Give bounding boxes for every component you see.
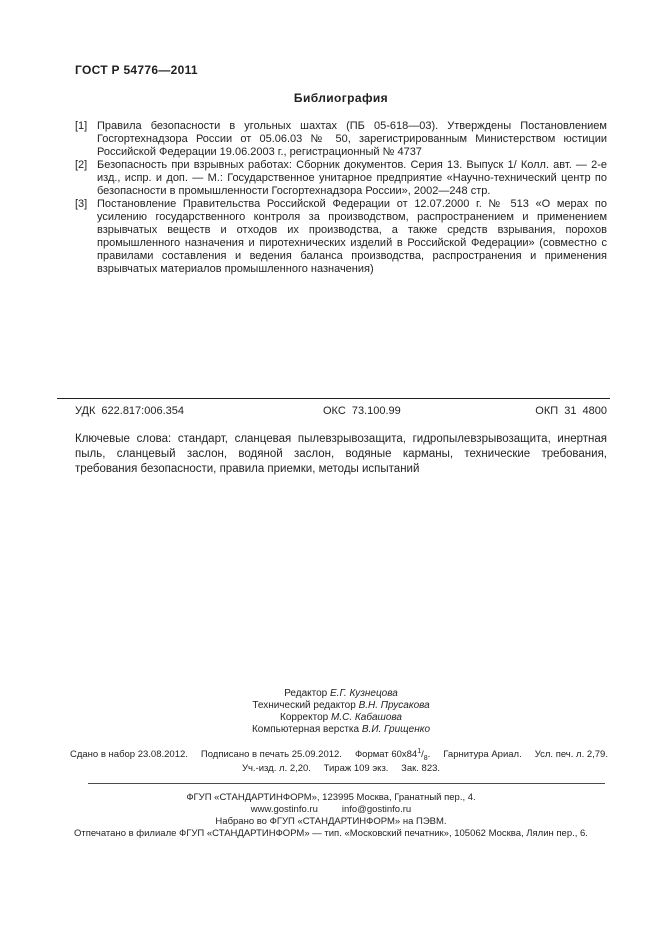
circulation-info: Тираж 109 экз.: [324, 763, 389, 774]
printed-note: Отпечатано в филиале ФГУП «СТАНДАРТИНФОР…: [65, 828, 597, 840]
keywords-paragraph: Ключевые слова: стандарт, сланцевая пыле…: [75, 432, 607, 477]
print-info-line-1: Сдано в набор 23.08.2012. Подписано в пе…: [70, 749, 608, 760]
set-date: Сдано в набор 23.08.2012.: [70, 749, 188, 760]
okp-code: ОКП 31 4800: [535, 405, 607, 417]
staff-name: М.С. Кабашова: [331, 712, 402, 723]
oks-code: ОКС 73.100.99: [323, 405, 401, 417]
section-title: Библиография: [75, 91, 607, 105]
cond-sheets-info: Усл. печ. л. 2,79.: [535, 749, 608, 760]
entry-text: Правила безопасности в угольных шахтах (…: [97, 120, 607, 159]
document-page: ГОСТ Р 54776—2011 Библиография [1] Прави…: [0, 0, 661, 936]
publisher-block: ФГУП «СТАНДАРТИНФОРМ», 123995 Москва, Гр…: [65, 792, 597, 840]
colophon-staff: Редактор Е.Г. Кузнецова Технический реда…: [75, 688, 607, 736]
doc-code: ГОСТ Р 54776—2011: [75, 63, 198, 77]
entry-text: Безопасность при взрывных работах: Сборн…: [97, 159, 607, 198]
pub-sheets-info: Уч.-изд. л. 2,20.: [242, 763, 311, 774]
typeface-info: Гарнитура Ариал.: [443, 749, 521, 760]
top-divider-line: [57, 398, 610, 399]
entry-number: [2]: [75, 159, 97, 198]
entry-number: [1]: [75, 120, 97, 159]
publisher-website: www.gostinfo.ru: [251, 804, 318, 815]
entry-number: [3]: [75, 198, 97, 276]
order-info: Зак. 823.: [401, 763, 440, 774]
staff-line-layout: Компьютерная верстка В.И. Грищенко: [75, 724, 607, 736]
publisher-email: info@gostinfo.ru: [342, 804, 411, 815]
bibliography-entry-3: [3] Постановление Правительства Российск…: [75, 198, 607, 276]
classification-row: УДК 622.817:006.354 ОКС 73.100.99 ОКП 31…: [75, 405, 607, 419]
footer-divider-line: [88, 783, 605, 784]
signed-date: Подписано в печать 25.09.2012.: [201, 749, 342, 760]
staff-name: В.И. Грищенко: [362, 724, 430, 735]
staff-role: Технический редактор: [252, 700, 355, 711]
staff-role: Компьютерная верстка: [252, 724, 359, 735]
bibliography-entry-2: [2] Безопасность при взрывных работах: С…: [75, 159, 607, 198]
format-info: Формат 60х841/8.: [355, 749, 430, 760]
print-info-line-2: Уч.-изд. л. 2,20. Тираж 109 экз. Зак. 82…: [75, 763, 607, 774]
entry-text: Постановление Правительства Российской Ф…: [97, 198, 607, 276]
staff-line-proofreader: Корректор М.С. Кабашова: [75, 712, 607, 724]
typeset-note: Набрано во ФГУП «СТАНДАРТИНФОРМ» на ПЭВМ…: [65, 816, 597, 828]
publisher-contacts: www.gostinfo.ruinfo@gostinfo.ru: [65, 804, 597, 816]
staff-name: Е.Г. Кузнецова: [330, 688, 398, 699]
publisher-address: ФГУП «СТАНДАРТИНФОРМ», 123995 Москва, Гр…: [65, 792, 597, 804]
format-dot: .: [428, 749, 431, 760]
staff-line-technical-editor: Технический редактор В.Н. Прусакова: [75, 700, 607, 712]
staff-role: Корректор: [280, 712, 328, 723]
staff-name: В.Н. Прусакова: [359, 700, 430, 711]
udk-code: УДК 622.817:006.354: [75, 405, 184, 417]
staff-role: Редактор: [284, 688, 327, 699]
bibliography-entry-1: [1] Правила безопасности в угольных шахт…: [75, 120, 607, 159]
staff-line-editor: Редактор Е.Г. Кузнецова: [75, 688, 607, 700]
bibliography-list: [1] Правила безопасности в угольных шахт…: [75, 120, 607, 276]
